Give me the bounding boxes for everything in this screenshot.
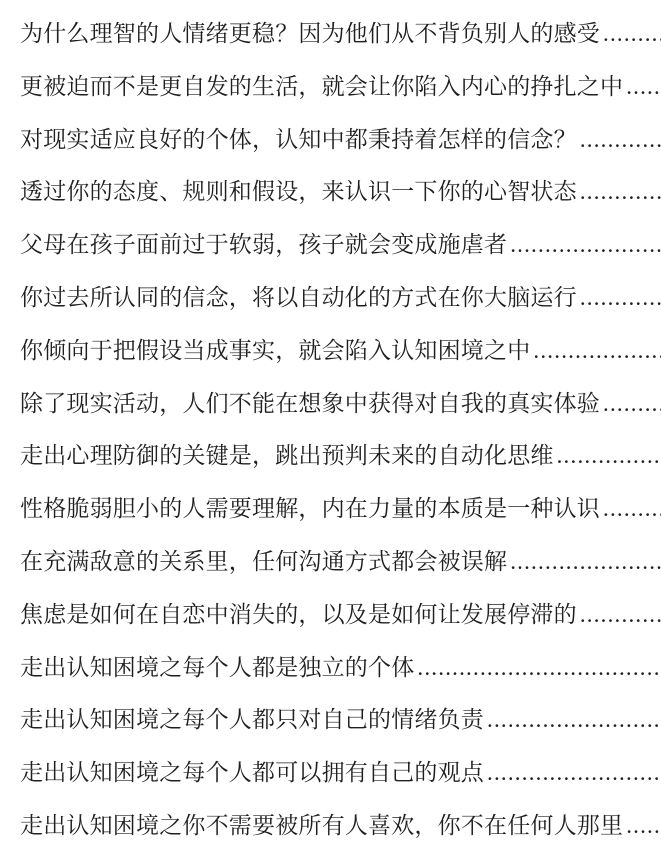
toc-entry: 除了现实活动，人们不能在想象中获得对自我的真实体验 ..............… [20,378,661,431]
toc-entry-title: 性格脆弱胆小的人需要理解，内在力量的本质是一种认识 [20,483,600,536]
toc-entry-title: 为什么理智的人情绪更稳？因为他们从不背负别人的感受 [20,8,600,61]
toc-entry: 为什么理智的人情绪更稳？因为他们从不背负别人的感受 ..............… [20,8,661,61]
toc-entry-title: 更被迫而不是更自发的生活，就会让你陷入内心的挣扎之中 [20,61,623,114]
dot-leader: ........................................… [580,166,661,219]
toc-entry: 你倾向于把假设当成事实，就会陷入认知困境之中 .................… [20,325,661,378]
toc-entry: 在充满敌意的关系里，任何沟通方式都会被误解 ..................… [20,536,661,589]
toc-entry-title: 走出认知困境之每个人都只对自己的情绪负责 [20,694,484,747]
toc-entry: 性格脆弱胆小的人需要理解，内在力量的本质是一种认识 ..............… [20,483,661,536]
toc-list: 为什么理智的人情绪更稳？因为他们从不背负别人的感受 ..............… [20,8,661,845]
toc-entry: 走出认知困境之你不需要被所有人喜欢，你不在任何人那里 .............… [20,800,661,845]
dot-leader: ........................................… [510,219,661,272]
toc-entry-title: 走出认知困境之每个人都可以拥有自己的观点 [20,747,484,800]
toc-entry-title: 你倾向于把假设当成事实，就会陷入认知困境之中 [20,325,530,378]
dot-leader: ........................................… [626,61,661,114]
toc-entry: 父母在孩子面前过于软弱，孩子就会变成施虐者 ..................… [20,219,661,272]
toc-entry: 走出认知困境之每个人都可以拥有自己的观点 ...................… [20,747,661,800]
toc-entry-title: 在充满敌意的关系里，任何沟通方式都会被误解 [20,536,507,589]
toc-entry: 透过你的态度、规则和假设，来认识一下你的心智状态 ...............… [20,166,661,219]
dot-leader: ........................................… [603,8,661,61]
toc-entry: 焦虑是如何在自恋中消失的，以及是如何让发展停滞的 ...............… [20,589,661,642]
toc-entry: 更被迫而不是更自发的生活，就会让你陷入内心的挣扎之中 .............… [20,61,661,114]
dot-leader: ........................................… [626,800,661,845]
dot-leader: ........................................… [580,272,661,325]
toc-page: 为什么理智的人情绪更稳？因为他们从不背负别人的感受 ..............… [0,0,661,845]
toc-entry-title: 焦虑是如何在自恋中消失的，以及是如何让发展停滞的 [20,589,577,642]
toc-entry-title: 走出认知困境之每个人都是独立的个体 [20,642,414,695]
toc-entry: 对现实适应良好的个体，认知中都秉持着怎样的信念？ ...............… [20,114,661,167]
dot-leader: ........................................… [510,536,661,589]
toc-entry-title: 父母在孩子面前过于软弱，孩子就会变成施虐者 [20,219,507,272]
toc-entry-title: 走出认知困境之你不需要被所有人喜欢，你不在任何人那里 [20,800,623,845]
dot-leader: ........................................… [580,114,661,167]
toc-entry: 你过去所认同的信念，将以自动化的方式在你大脑运行 ...............… [20,272,661,325]
toc-entry-title: 你过去所认同的信念，将以自动化的方式在你大脑运行 [20,272,577,325]
dot-leader: ........................................… [417,642,661,695]
dot-leader: ........................................… [487,694,661,747]
toc-entry: 走出认知困境之每个人都是独立的个体 ......................… [20,642,661,695]
dot-leader: ........................................… [603,483,661,536]
dot-leader: ........................................… [603,378,661,431]
toc-entry: 走出心理防御的关键是，跳出预判未来的自动化思维 ................… [20,430,661,483]
toc-entry-title: 除了现实活动，人们不能在想象中获得对自我的真实体验 [20,378,600,431]
dot-leader: ........................................… [580,589,661,642]
toc-entry-title: 对现实适应良好的个体，认知中都秉持着怎样的信念？ [20,114,577,167]
dot-leader: ........................................… [557,430,661,483]
toc-entry-title: 走出心理防御的关键是，跳出预判未来的自动化思维 [20,430,554,483]
toc-entry: 走出认知困境之每个人都只对自己的情绪负责 ...................… [20,694,661,747]
dot-leader: ........................................… [533,325,661,378]
toc-entry-title: 透过你的态度、规则和假设，来认识一下你的心智状态 [20,166,577,219]
dot-leader: ........................................… [487,747,661,800]
